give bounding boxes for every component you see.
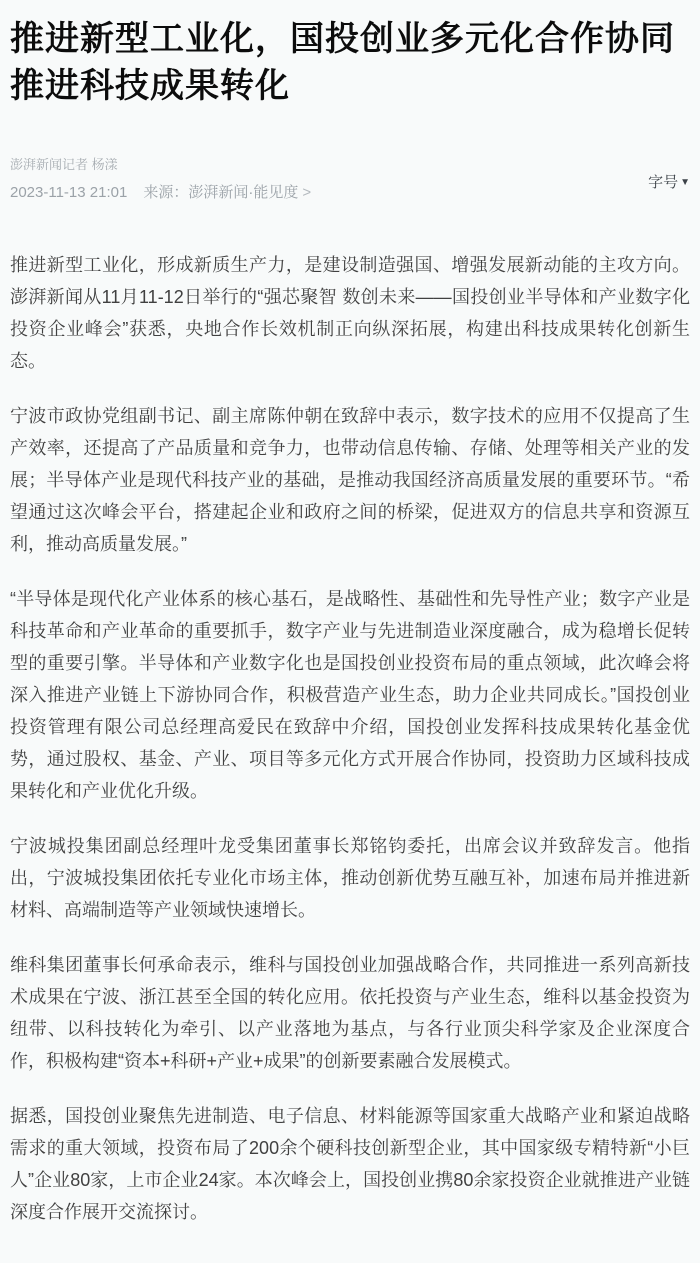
article-paragraph: 据悉，国投创业聚焦先进制造、电子信息、材料能源等国家重大战略产业和紧迫战略需求的… bbox=[10, 1100, 690, 1228]
caret-down-icon: ▼ bbox=[680, 177, 690, 188]
dateline: 2023-11-13 21:01来源：澎湃新闻·能见度> bbox=[10, 184, 311, 202]
article-body: 推进新型工业化，形成新质生产力，是建设制造强国、增强发展新动能的主攻方向。澎湃新… bbox=[10, 249, 690, 1228]
article-paragraph: 推进新型工业化，形成新质生产力，是建设制造强国、增强发展新动能的主攻方向。澎湃新… bbox=[10, 249, 690, 377]
article-paragraph: 宁波城投集团副总经理叶龙受集团董事长郑铭钧委托，出席会议并致辞发言。他指出，宁波… bbox=[10, 830, 690, 926]
font-size-dropdown[interactable]: 字号▼ bbox=[648, 174, 690, 192]
article-title: 推进新型工业化，国投创业多元化合作协同推进科技成果转化 bbox=[10, 16, 690, 110]
article-page: 推进新型工业化，国投创业多元化合作协同推进科技成果转化 澎湃新闻记者 杨漾 20… bbox=[0, 0, 700, 1258]
article-paragraph: 维科集团董事长何承命表示，维科与国投创业加强战略合作，共同推进一系列高新技术成果… bbox=[10, 949, 690, 1077]
source-label[interactable]: 来源：澎湃新闻·能见度 bbox=[143, 184, 298, 201]
chevron-right-icon: > bbox=[302, 184, 311, 201]
font-size-label: 字号 bbox=[648, 174, 678, 191]
article-paragraph: 宁波市政协党组副书记、副主席陈仲朝在致辞中表示，数字技术的应用不仅提高了生产效率… bbox=[10, 400, 690, 560]
meta-left: 澎湃新闻记者 杨漾 2023-11-13 21:01来源：澎湃新闻·能见度> bbox=[10, 156, 311, 202]
article-meta: 澎湃新闻记者 杨漾 2023-11-13 21:01来源：澎湃新闻·能见度> 字… bbox=[10, 156, 690, 202]
publish-time: 2023-11-13 21:01 bbox=[10, 184, 127, 201]
article-paragraph: “半导体是现代化产业体系的核心基石，是战略性、基础性和先导性产业；数字产业是科技… bbox=[10, 583, 690, 807]
source-link[interactable]: 来源：澎湃新闻·能见度> bbox=[143, 184, 311, 201]
byline: 澎湃新闻记者 杨漾 bbox=[10, 156, 311, 174]
